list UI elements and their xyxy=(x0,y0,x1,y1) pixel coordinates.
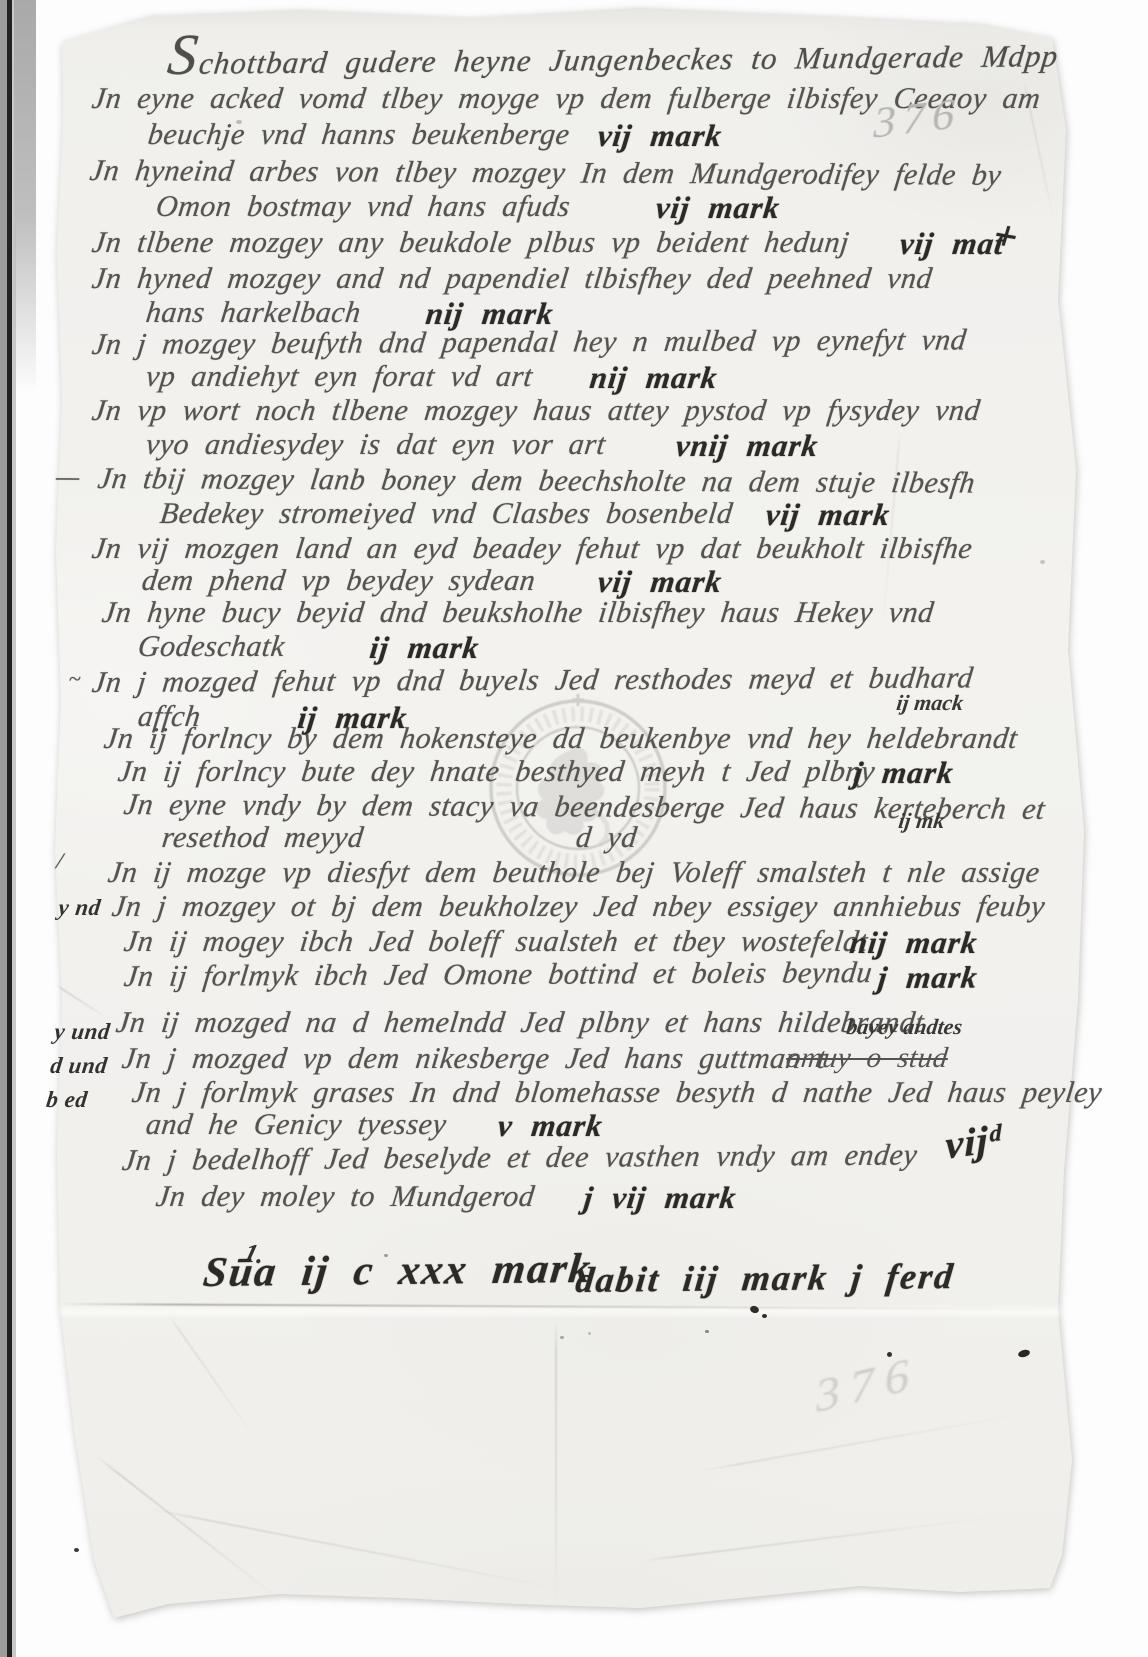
ink-speck xyxy=(762,1314,767,1318)
archive-number-top: 376 xyxy=(873,91,962,145)
ink-speck xyxy=(749,1305,760,1315)
ink-speck xyxy=(1017,1349,1030,1359)
ink-speck xyxy=(384,1254,388,1257)
ink-speck xyxy=(588,1332,591,1335)
ink-speck xyxy=(74,1548,79,1552)
ink-speck xyxy=(1040,560,1045,564)
speck-layer xyxy=(0,0,1148,1657)
ink-speck xyxy=(560,1336,564,1339)
ink-speck xyxy=(705,1330,709,1333)
scanned-manuscript-page: Schottbard gudere heyne Jungenbeckes to … xyxy=(0,0,1148,1657)
ink-speck xyxy=(236,120,242,124)
